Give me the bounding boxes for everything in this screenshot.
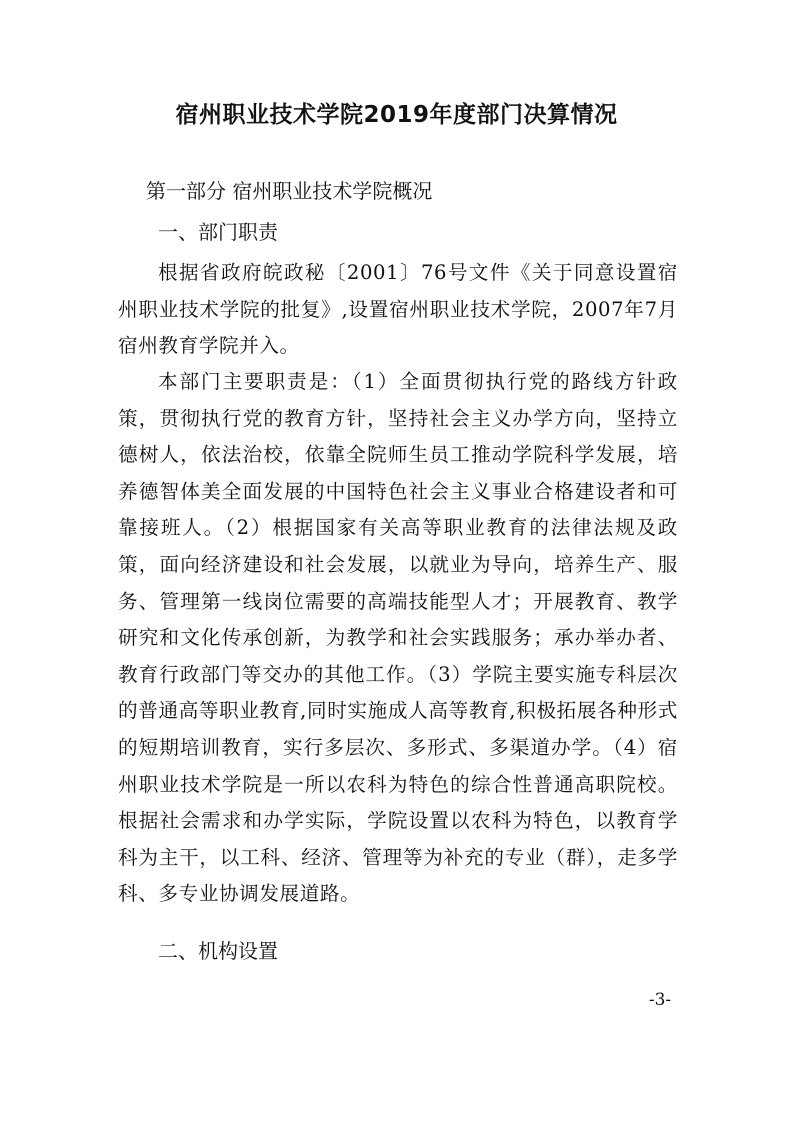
section-heading-department-duties: 一、部门职责 (158, 218, 278, 246)
section-heading-organization: 二、机构设置 (158, 937, 278, 965)
document-page: 宿州职业技术学院2019年度部门决算情况 第一部分 宿州职业技术学院概况 一、部… (0, 0, 793, 1122)
document-title: 宿州职业技术学院2019年度部门决算情况 (0, 100, 793, 130)
part-heading: 第一部分 宿州职业技术学院概况 (146, 177, 432, 205)
paragraph-establishment: 根据省政府皖政秘〔2001〕76号文件《关于同意设置宿州职业技术学院的批复》,设… (118, 255, 678, 365)
paragraph-main-duties: 本部门主要职责是：（1）全面贯彻执行党的路线方针政策，贯彻执行党的教育方针，坚持… (118, 364, 678, 913)
page-number: -3- (630, 990, 690, 1010)
